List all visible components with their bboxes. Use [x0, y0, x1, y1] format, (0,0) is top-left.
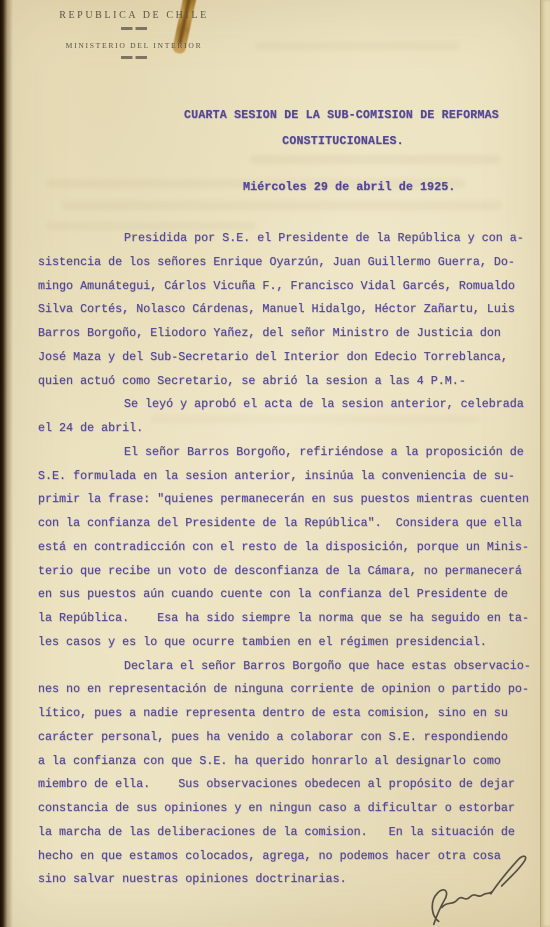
paragraph: Se leyó y aprobó el acta de la sesion an… — [38, 393, 544, 441]
text-line: quien actuó como Secretario, se abrió la… — [38, 370, 544, 394]
bleedthrough-artifact — [250, 155, 500, 164]
letterhead-ministry: MINISTERIO DEL INTERIOR — [58, 41, 210, 50]
session-date: Miércoles 29 de abril de 1925. — [243, 180, 455, 194]
text-line: S.E. formulada en la sesion anterior, in… — [38, 465, 544, 489]
text-line: Silva Cortés, Nolasco Cárdenas, Manuel H… — [38, 298, 544, 322]
letterhead-country: REPUBLICA DE CHILE — [58, 10, 210, 21]
text-line: el 24 de abril. — [38, 417, 544, 441]
text-line: en sus puestos aún cuando cuente con la … — [38, 583, 544, 607]
text-line: nes no en representación de ninguna corr… — [38, 678, 544, 702]
text-line: constancia de sus opiniones y en ningun … — [38, 797, 544, 821]
text-line: sistencia de los señores Enrique Oyarzún… — [38, 251, 544, 275]
paragraph: El señor Barros Borgoño, refiriéndose a … — [38, 441, 544, 655]
text-line: Se leyó y aprobó el acta de la sesion an… — [38, 393, 544, 417]
text-line: Barros Borgoño, Eliodoro Yañez, del seño… — [38, 322, 544, 346]
text-line: a la confianza con que S.E. ha querido h… — [38, 750, 544, 774]
book-binding-shadow — [0, 0, 13, 927]
handwritten-signature — [420, 846, 538, 926]
document-body: Presidida por S.E. el Presidente de la R… — [38, 227, 544, 892]
title-line-2: CONSTITUCIONALES. — [184, 135, 502, 148]
text-line: terio que recibe un voto de desconfianza… — [38, 560, 544, 584]
text-line: está en contradicción con el resto de la… — [38, 536, 544, 560]
text-line: miembro de ella. Sus observaciones obede… — [38, 773, 544, 797]
letterhead: REPUBLICA DE CHILE MINISTERIO DEL INTERI… — [58, 10, 210, 59]
letterhead-rule — [121, 27, 147, 30]
bleedthrough-artifact — [62, 201, 502, 210]
text-line: mingo Amunátegui, Cárlos Vicuña F., Fran… — [38, 275, 544, 299]
text-line: les casos y es lo que ocurre tambien en … — [38, 631, 544, 655]
text-line: con la confianza del Presidente de la Re… — [38, 512, 544, 536]
document-title: CUARTA SESION DE LA SUB-COMISION DE REFO… — [184, 109, 502, 148]
scanned-document-page: REPUBLICA DE CHILE MINISTERIO DEL INTERI… — [0, 0, 550, 927]
text-line: Presidida por S.E. el Presidente de la R… — [38, 227, 544, 251]
text-line: lítico, pues a nadie representa dentro d… — [38, 702, 544, 726]
text-line: Declara el señor Barros Borgoño que hace… — [38, 655, 544, 679]
letterhead-rule — [121, 56, 147, 59]
text-line: la República. Esa ha sido siempre la nor… — [38, 607, 544, 631]
paragraph: Presidida por S.E. el Presidente de la R… — [38, 227, 544, 393]
text-line: la marcha de las deliberaciones de la co… — [38, 821, 544, 845]
text-line: primir la frase: "quienes permanecerán e… — [38, 488, 544, 512]
text-line: El señor Barros Borgoño, refiriéndose a … — [38, 441, 544, 465]
title-line-1: CUARTA SESION DE LA SUB-COMISION DE REFO… — [184, 109, 502, 122]
text-line: carácter personal, pues ha venido a cola… — [38, 726, 544, 750]
text-line: José Maza y del Sub-Secretario del Inter… — [38, 346, 544, 370]
bleedthrough-artifact — [255, 42, 460, 50]
